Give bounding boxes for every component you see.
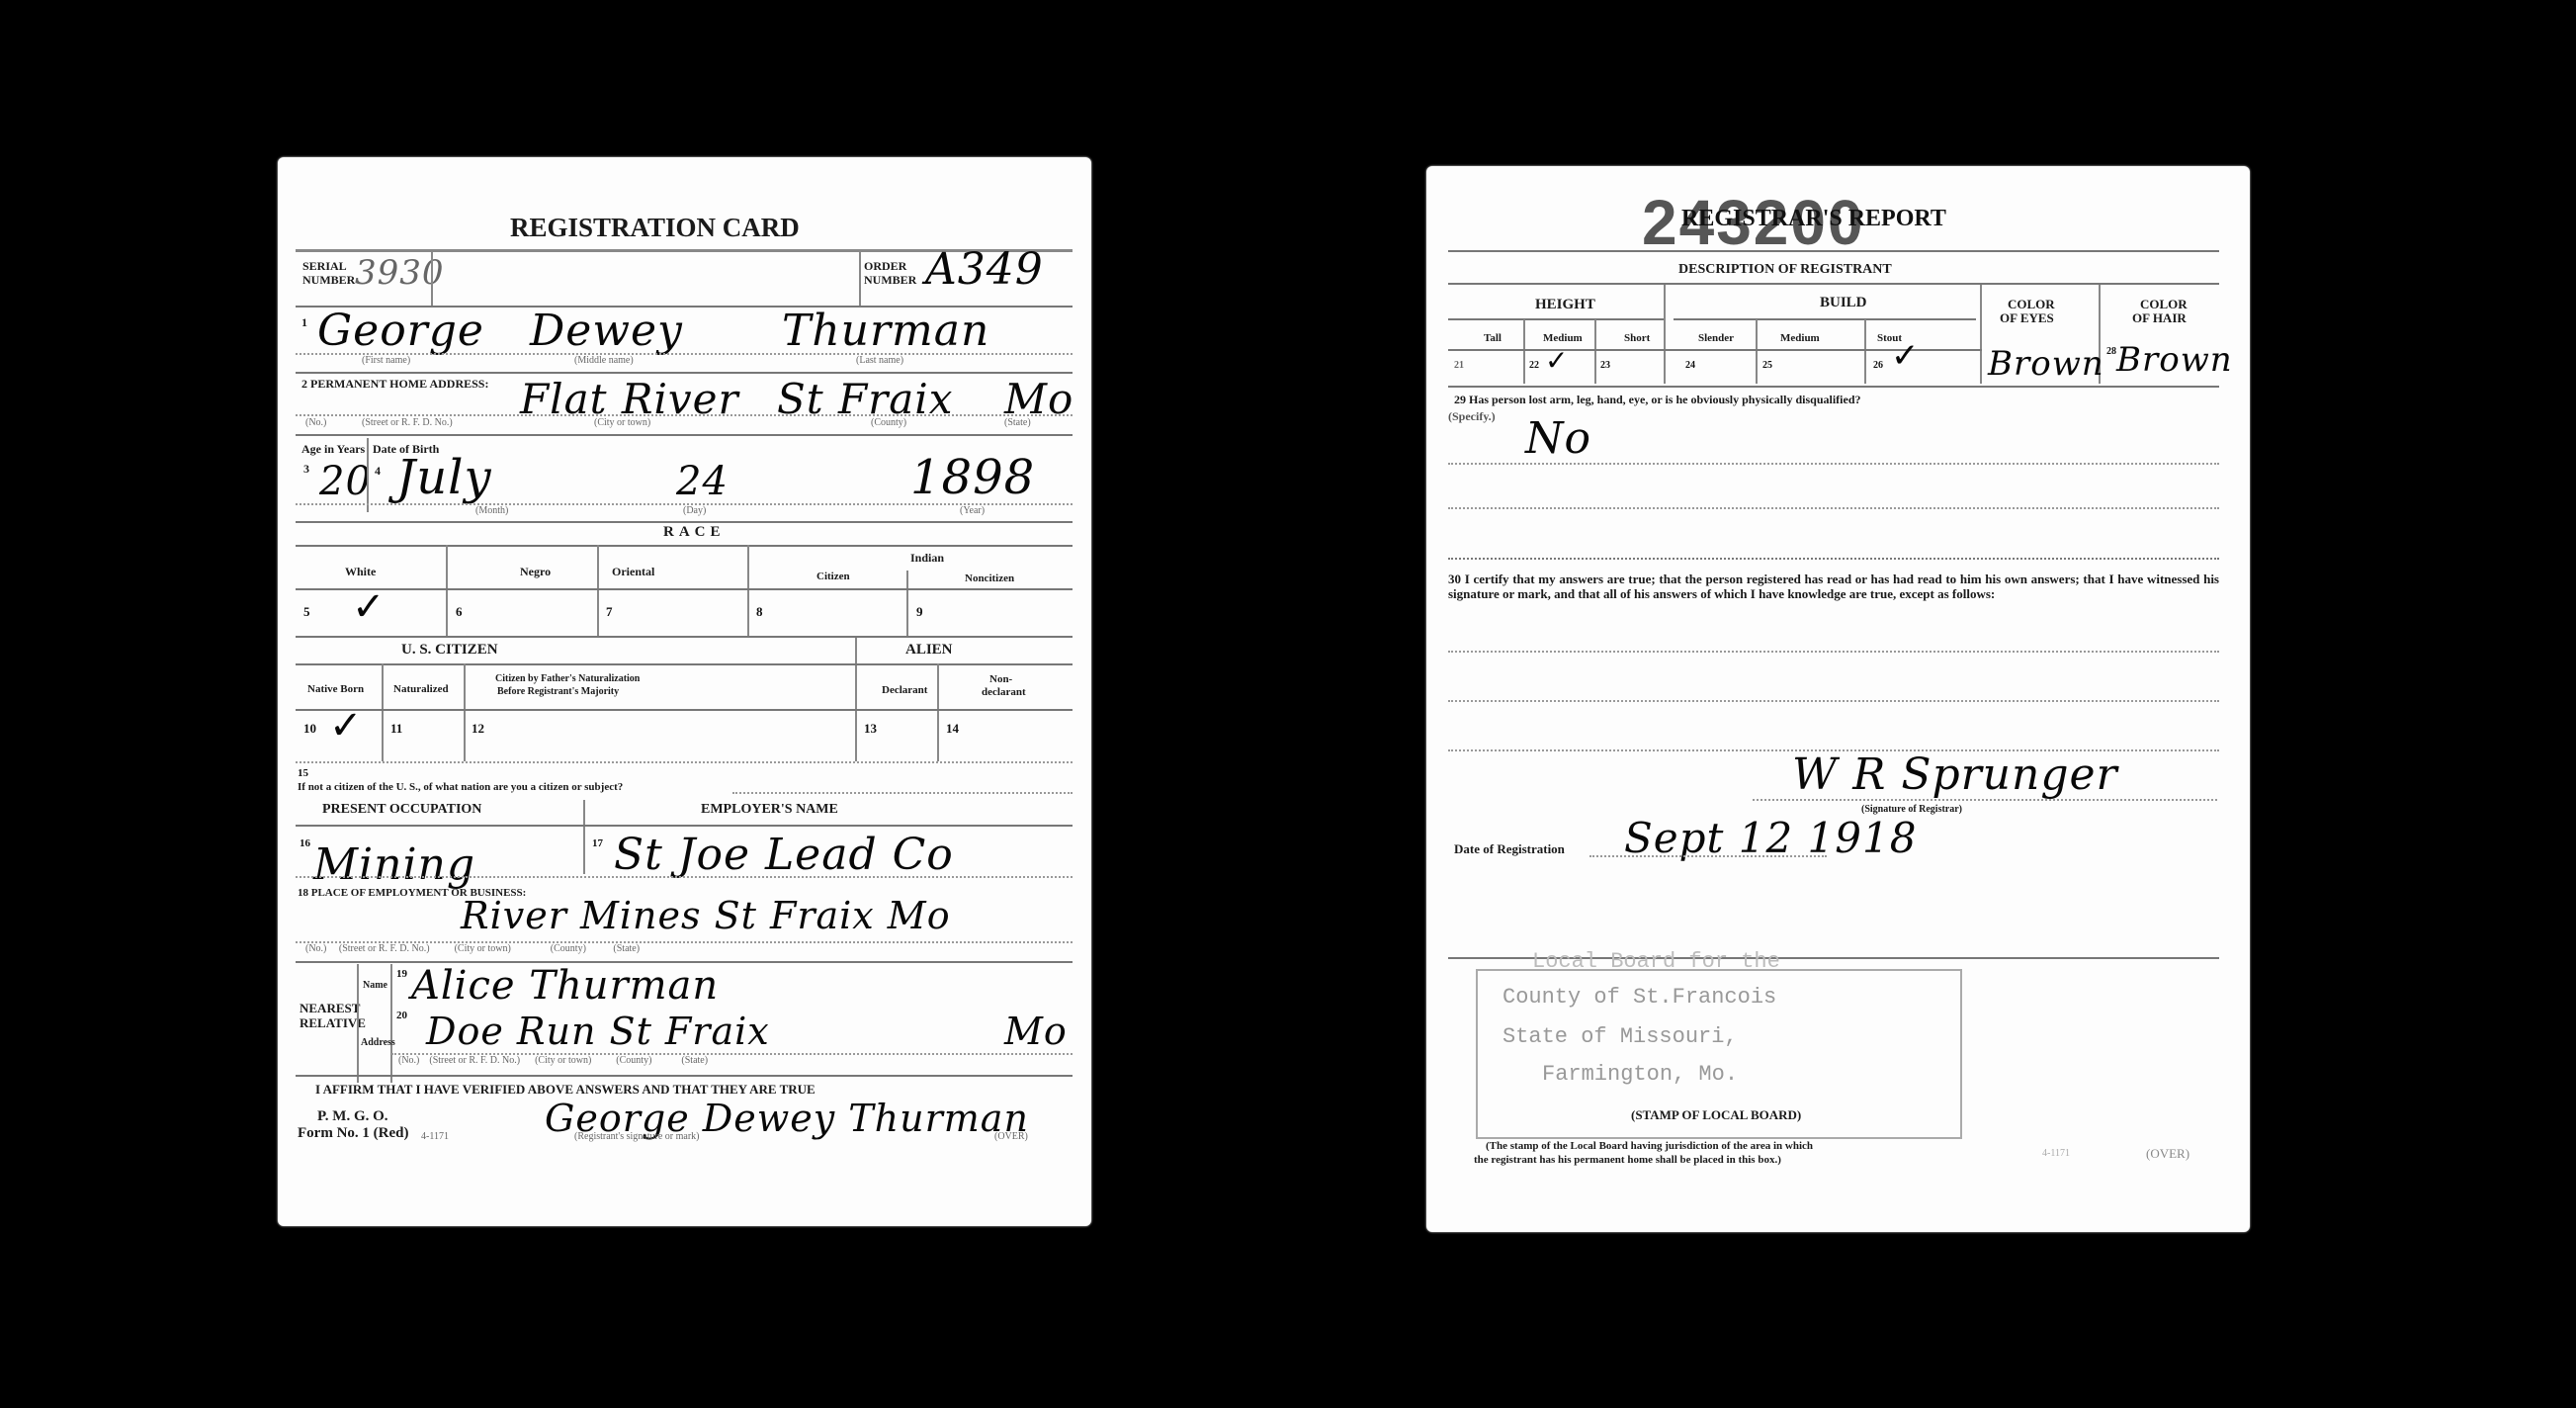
divider xyxy=(390,964,392,1083)
height-medium-checkmark: ✓ xyxy=(1545,344,1568,377)
field-number: 16 xyxy=(300,837,310,849)
alien-header: ALIEN xyxy=(905,642,953,659)
race-white-checkmark: ✓ xyxy=(352,584,386,630)
card-title: REGISTRATION CARD xyxy=(510,213,800,243)
field-number: 4 xyxy=(375,464,381,479)
race-col-indian-citizen: Citizen xyxy=(816,571,850,582)
field-number: 24 xyxy=(1685,360,1695,371)
field-number: 8 xyxy=(756,604,763,620)
height-header: HEIGHT xyxy=(1535,297,1595,313)
field-number: 9 xyxy=(916,604,923,620)
place-value: River Mines St Fraix Mo xyxy=(461,894,951,937)
nearest-relative-label-2: RELATIVE xyxy=(300,1015,366,1031)
divider xyxy=(1523,319,1525,384)
field-number: 11 xyxy=(390,721,402,737)
field-number: 26 xyxy=(1873,360,1883,371)
first-name-label: (First name) xyxy=(362,355,410,366)
citizen-col-father: Citizen by Father's Naturalization xyxy=(495,673,640,684)
divider xyxy=(906,571,908,636)
occupation-header: PRESENT OCCUPATION xyxy=(322,802,481,818)
divider xyxy=(855,638,857,761)
dotted-line xyxy=(1448,507,2219,509)
field-number: 21 xyxy=(1454,360,1464,371)
divider xyxy=(1864,319,1866,384)
divider xyxy=(1448,386,2219,388)
dob-year-label: (Year) xyxy=(960,505,985,516)
address-state-label: (State) xyxy=(1004,417,1031,428)
divider xyxy=(296,372,1073,374)
divider xyxy=(296,709,1073,711)
age-label: Age in Years xyxy=(301,442,365,457)
relative-name-label: Name xyxy=(363,980,387,991)
registrar-signature: W R Sprunger xyxy=(1792,749,2118,800)
field-number: 20 xyxy=(396,1010,407,1021)
divider xyxy=(1448,283,2219,285)
middle-name-label: (Middle name) xyxy=(574,355,634,366)
hair-color-value: Brown xyxy=(2116,340,2233,380)
employer-header: EMPLOYER'S NAME xyxy=(701,802,838,818)
race-header: RACE xyxy=(663,524,726,541)
field-number: 12 xyxy=(472,721,484,737)
q29-answer: No xyxy=(1525,413,1591,464)
divider xyxy=(296,663,1073,665)
divider xyxy=(1448,318,1664,320)
address-label: 2 PERMANENT HOME ADDRESS: xyxy=(301,377,488,392)
dob-day-label: (Day) xyxy=(683,505,706,516)
order-label: ORDER xyxy=(864,259,906,274)
divider xyxy=(597,545,599,636)
race-col-oriental: Oriental xyxy=(612,565,654,579)
dob-month-label: (Month) xyxy=(475,505,508,516)
q29-specify-label: (Specify.) xyxy=(1448,409,1496,424)
occupation-value: Mining xyxy=(313,839,475,890)
affirm-text: I AFFIRM THAT I HAVE VERIFIED ABOVE ANSW… xyxy=(315,1082,816,1098)
field-number: 7 xyxy=(606,604,613,620)
field-number: 6 xyxy=(456,604,463,620)
dob-month: July xyxy=(396,450,492,505)
middle-name: Dewey xyxy=(530,306,683,356)
divider xyxy=(296,825,1073,827)
nearest-relative-label: NEAREST xyxy=(300,1001,360,1016)
build-header: BUILD xyxy=(1820,295,1867,311)
divider xyxy=(296,636,1073,638)
place-field-labels: (No.) (Street or R. F. D. No.) (City or … xyxy=(305,943,640,954)
registrar-report-title: REGISTRAR'S REPORT xyxy=(1681,206,1946,232)
dotted-line xyxy=(1589,855,1827,857)
stamp-line-4: Farmington, Mo. xyxy=(1542,1062,1738,1087)
divider xyxy=(747,545,749,636)
dotted-line xyxy=(1448,558,2219,560)
dob-day: 24 xyxy=(676,459,729,504)
q15-text: If not a citizen of the U. S., of what n… xyxy=(298,781,623,793)
dotted-line xyxy=(732,792,1073,794)
first-name: George xyxy=(317,306,484,356)
citizen-col-naturalized: Naturalized xyxy=(393,683,449,695)
dob-year: 1898 xyxy=(910,450,1035,505)
eye-color-value: Brown xyxy=(1988,344,2104,384)
field-number: 5 xyxy=(303,604,310,620)
field-number: 3 xyxy=(303,462,309,477)
field-number: 19 xyxy=(396,968,407,980)
over-label: (OVER) xyxy=(2146,1146,2190,1162)
build-col-slender: Slender xyxy=(1698,332,1734,344)
divider xyxy=(296,545,1073,547)
race-col-indian-noncitizen: Noncitizen xyxy=(965,572,1014,584)
description-header: DESCRIPTION OF REGISTRANT xyxy=(1678,262,1892,278)
over-label: (OVER) xyxy=(994,1131,1028,1142)
divider xyxy=(296,1075,1073,1077)
dotted-line xyxy=(296,876,1073,878)
divider xyxy=(296,434,1073,436)
relative-address: Doe Run St Fraix xyxy=(426,1010,770,1053)
race-col-negro: Negro xyxy=(520,565,551,579)
dotted-line xyxy=(1448,463,2219,465)
race-col-white: White xyxy=(345,565,376,579)
field-number: 10 xyxy=(303,721,316,737)
divider xyxy=(446,545,448,636)
divider xyxy=(1448,250,2219,252)
address-street-label: (Street or R. F. D. No.) xyxy=(362,417,453,428)
divider xyxy=(431,251,433,306)
field-number: 14 xyxy=(946,721,959,737)
divider xyxy=(357,964,359,1083)
field-number: 13 xyxy=(864,721,877,737)
dotted-line xyxy=(296,761,1073,763)
dotted-line xyxy=(1448,700,2219,702)
citizen-col-native-born: Native Born xyxy=(307,683,364,695)
field-number: 28 xyxy=(2106,346,2116,357)
divider xyxy=(1980,285,1982,384)
form-code: 4-1171 xyxy=(421,1131,449,1142)
stamp-caption: (STAMP OF LOCAL BOARD) xyxy=(1631,1107,1801,1123)
field-number: 17 xyxy=(592,837,603,849)
relative-state: Mo xyxy=(1004,1010,1068,1053)
dotted-line xyxy=(296,353,1073,355)
height-col-tall: Tall xyxy=(1484,332,1502,344)
alien-col-declarant: Declarant xyxy=(882,684,927,696)
q30-certify-text: 30 I certify that my answers are true; t… xyxy=(1448,572,2219,601)
field-number: 1 xyxy=(301,315,307,330)
stamp-note-2: the registrant has his permanent home sh… xyxy=(1474,1154,1781,1166)
divider xyxy=(1594,319,1596,384)
stamp-line-3: State of Missouri, xyxy=(1503,1024,1738,1049)
divider xyxy=(464,663,466,761)
dotted-line xyxy=(1448,651,2219,653)
local-board-stamp-box: Local Board for the County of St.Francoi… xyxy=(1476,969,1962,1139)
divider xyxy=(367,438,369,512)
citizen-col-father-2: Before Registrant's Majority xyxy=(497,686,619,697)
height-col-short: Short xyxy=(1624,332,1650,344)
relative-address-label: Address xyxy=(361,1037,395,1048)
height-col-medium: Medium xyxy=(1543,332,1583,344)
address-city-label: (City or town) xyxy=(594,417,650,428)
registration-card-back: 243200 REGISTRAR'S REPORT DESCRIPTION OF… xyxy=(1426,166,2250,1232)
divider xyxy=(1674,318,1976,320)
field-number: 15 xyxy=(298,767,308,779)
last-name-label: (Last name) xyxy=(856,355,903,366)
relative-name: Alice Thurman xyxy=(411,963,719,1009)
native-born-checkmark: ✓ xyxy=(329,703,363,748)
dotted-line xyxy=(1753,799,2217,801)
divider xyxy=(382,663,384,761)
divider xyxy=(937,663,939,761)
divider xyxy=(1664,285,1666,384)
field-number: 22 xyxy=(1529,360,1539,371)
divider xyxy=(296,588,1073,590)
stamp-line-1: Local Board for the xyxy=(1532,949,1780,974)
serial-label: SERIAL xyxy=(302,259,347,274)
dotted-line xyxy=(296,414,1073,416)
registration-date-label: Date of Registration xyxy=(1454,841,1565,857)
registration-card-front: REGISTRATION CARD SERIAL NUMBER 3930 ORD… xyxy=(278,157,1091,1226)
form-number-label: Form No. 1 (Red) xyxy=(298,1125,408,1142)
address-no-label: (No.) xyxy=(305,417,326,428)
age-value: 20 xyxy=(319,459,372,504)
divider xyxy=(1756,319,1758,384)
hair-color-header-2: OF HAIR xyxy=(2132,310,2187,326)
order-label-2: NUMBER xyxy=(864,273,916,288)
address-county-label: (County) xyxy=(871,417,906,428)
pmgo-label: P. M. G. O. xyxy=(317,1108,388,1125)
us-citizen-header: U. S. CITIZEN xyxy=(401,642,498,659)
field-number: 23 xyxy=(1600,360,1610,371)
serial-label-2: NUMBER xyxy=(302,273,355,288)
build-stout-checkmark: ✓ xyxy=(1891,336,1920,376)
q29-text: 29 Has person lost arm, leg, hand, eye, … xyxy=(1454,393,1861,407)
divider xyxy=(859,251,861,306)
alien-col-nondeclarant: declarant xyxy=(982,686,1026,698)
divider xyxy=(296,521,1073,523)
relative-address-field-labels: (No.) (Street or R. F. D. No.) (City or … xyxy=(398,1055,708,1066)
divider xyxy=(583,800,585,874)
alien-col-non: Non- xyxy=(989,673,1012,685)
stamp-note: (The stamp of the Local Board having jur… xyxy=(1486,1140,1813,1152)
build-col-medium: Medium xyxy=(1780,332,1820,344)
race-col-indian: Indian xyxy=(910,551,944,566)
eye-color-header-2: OF EYES xyxy=(2000,310,2054,326)
order-number: A349 xyxy=(925,244,1044,295)
form-code: 4-1171 xyxy=(2042,1148,2070,1159)
stamp-line-2: County of St.Francois xyxy=(1503,985,1776,1010)
last-name: Thurman xyxy=(782,306,989,356)
employer-value: St Joe Lead Co xyxy=(614,830,954,880)
signature-label: (Registrant's signature or mark) xyxy=(574,1131,700,1142)
field-number: 25 xyxy=(1762,360,1772,371)
